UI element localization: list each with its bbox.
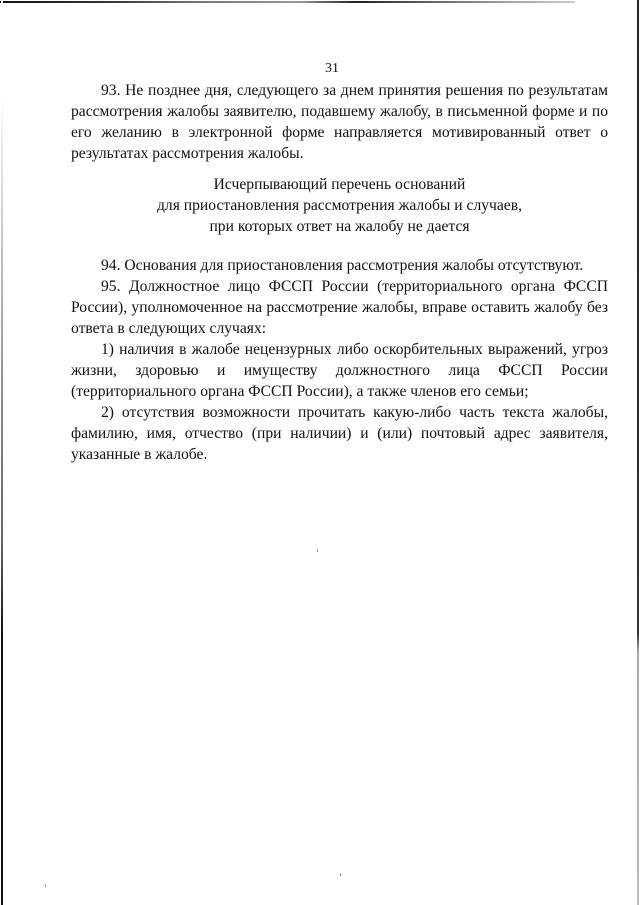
scan-speck (340, 873, 341, 876)
scan-speck (45, 884, 46, 887)
paragraph-95: 95. Должностное лицо ФССП России (террит… (71, 276, 608, 339)
section-heading-line: Исчерпывающий перечень оснований (71, 174, 608, 195)
section-heading-line: при которых ответ на жалобу не дается (71, 216, 608, 237)
scan-speck (317, 549, 318, 552)
paragraph-94: 94. Основания для приостановления рассмо… (71, 255, 608, 276)
scan-border-top (0, 1, 575, 3)
scan-border-right (637, 0, 639, 905)
paragraph-93: 93. Не позднее дня, следующего за днем п… (71, 80, 608, 164)
list-item-2: 2) отсутствия возможности прочитать каку… (71, 402, 608, 465)
document-block-93: 93. Не позднее дня, следующего за днем п… (71, 80, 608, 164)
document-block-94-95: 94. Основания для приостановления рассмо… (71, 255, 608, 465)
section-heading-line: для приостановления рассмотрения жалобы … (71, 195, 608, 216)
scan-border-left (1, 0, 3, 905)
section-heading: Исчерпывающий перечень оснований для при… (71, 174, 608, 237)
list-item-1: 1) наличия в жалобе нецензурных либо оск… (71, 339, 608, 402)
page-number: 31 (0, 60, 640, 78)
